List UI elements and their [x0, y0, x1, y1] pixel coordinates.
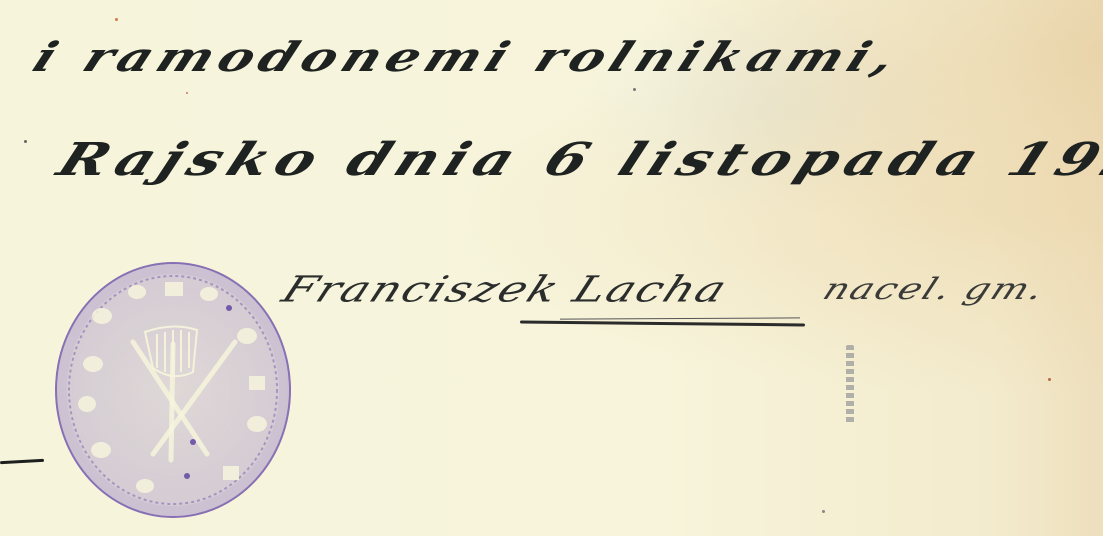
official-seal-stamp [55, 262, 291, 518]
signatory-title: nacel. gm. [818, 272, 1052, 306]
paper-speck [186, 92, 188, 94]
paper-speck [1048, 378, 1051, 381]
paper-speck [115, 18, 118, 21]
paper-speck [633, 88, 636, 91]
signature: Franciszek Lacha [276, 268, 735, 310]
harp-and-crossed-tools-icon [57, 264, 289, 516]
handwritten-place-date-line: Rajsko dnia 6 listopada 1924r [50, 133, 1103, 186]
handwritten-line-farmers: i ramodonemi rolnikami, [26, 33, 909, 81]
paper-speck [24, 140, 27, 143]
paper-speck [822, 510, 825, 513]
faint-bleed-through-mark [846, 345, 854, 425]
